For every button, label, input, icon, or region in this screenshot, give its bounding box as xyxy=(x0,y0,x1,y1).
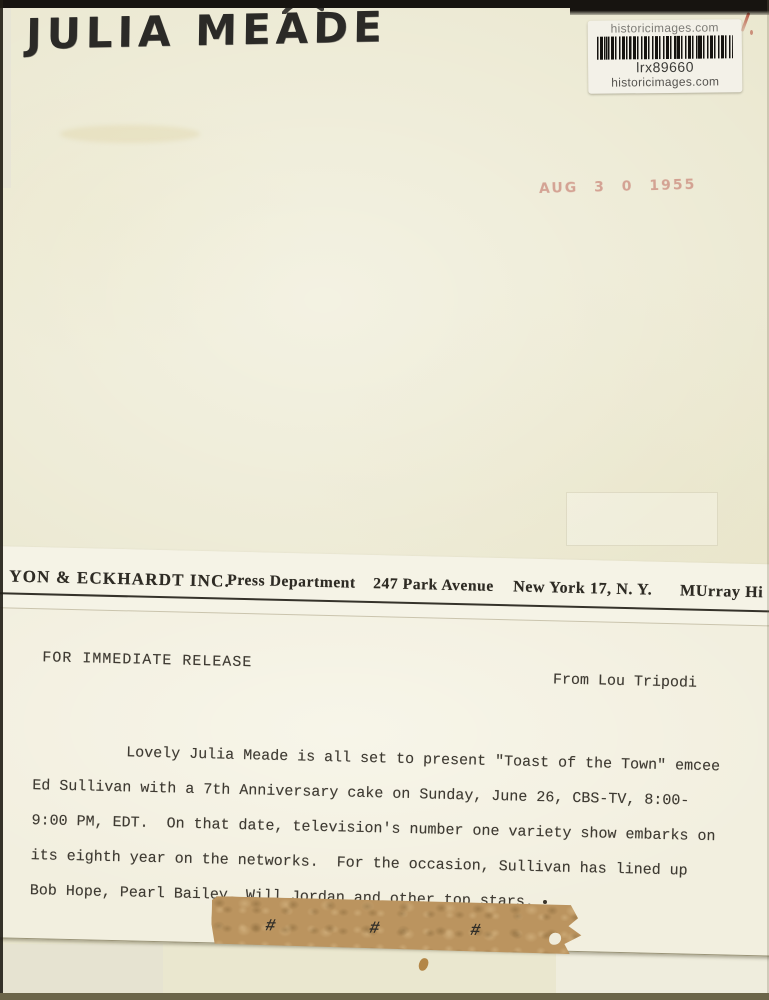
attribution-line: From Lou Tripodi xyxy=(553,671,697,691)
letterhead-department: Press Department xyxy=(227,572,356,593)
letterhead-street: 247 Park Avenue xyxy=(373,575,494,596)
sticker-domain-bottom: historicimages.com xyxy=(588,74,742,90)
photo-back-scan: JULIA MEADE historicimages.com lrx89660 … xyxy=(0,0,769,1000)
tape-tab-hint xyxy=(566,492,718,546)
date-stamp: AUG 3 0 1955 xyxy=(539,177,697,197)
paper-stain-soft xyxy=(60,125,200,143)
scan-edge-left-light xyxy=(3,8,11,188)
sticker-domain-top: historicimages.com xyxy=(588,20,742,36)
paper-stain-dot xyxy=(543,900,547,904)
sticker-inventory-code: lrx89660 xyxy=(588,58,742,76)
press-release-sheet: YON & ECKHARDT INC. Press Department 247… xyxy=(0,546,769,957)
letterhead-phone: MUrray Hi xyxy=(680,582,764,602)
red-pen-mark xyxy=(741,12,751,32)
barcode-icon xyxy=(597,35,733,59)
end-mark: # xyxy=(369,920,380,939)
tape-torn-notch xyxy=(549,933,561,945)
release-body: Lovely Julia Meade is all set to present… xyxy=(29,733,769,925)
letterhead-city: New York 17, N. Y. xyxy=(513,578,653,599)
inventory-sticker: historicimages.com lrx89660 historicimag… xyxy=(588,19,743,94)
scan-edge-bottom xyxy=(0,993,769,1000)
paper-patch-bottom-left xyxy=(3,944,163,994)
letterhead: YON & ECKHARDT INC. Press Department 247… xyxy=(0,546,769,627)
letterhead-rule xyxy=(0,592,769,613)
end-mark: # xyxy=(265,917,276,936)
release-label: FOR IMMEDIATE RELEASE xyxy=(42,649,252,671)
handwritten-title: JULIA MEADE xyxy=(26,2,387,59)
scan-edge-top-right xyxy=(570,0,769,15)
red-pen-dot xyxy=(750,30,753,35)
end-mark: # xyxy=(470,922,481,941)
letterhead-company: YON & ECKHARDT INC. xyxy=(9,567,230,592)
paper-stain-brown xyxy=(417,957,429,972)
masking-tape: # # # xyxy=(211,896,584,954)
